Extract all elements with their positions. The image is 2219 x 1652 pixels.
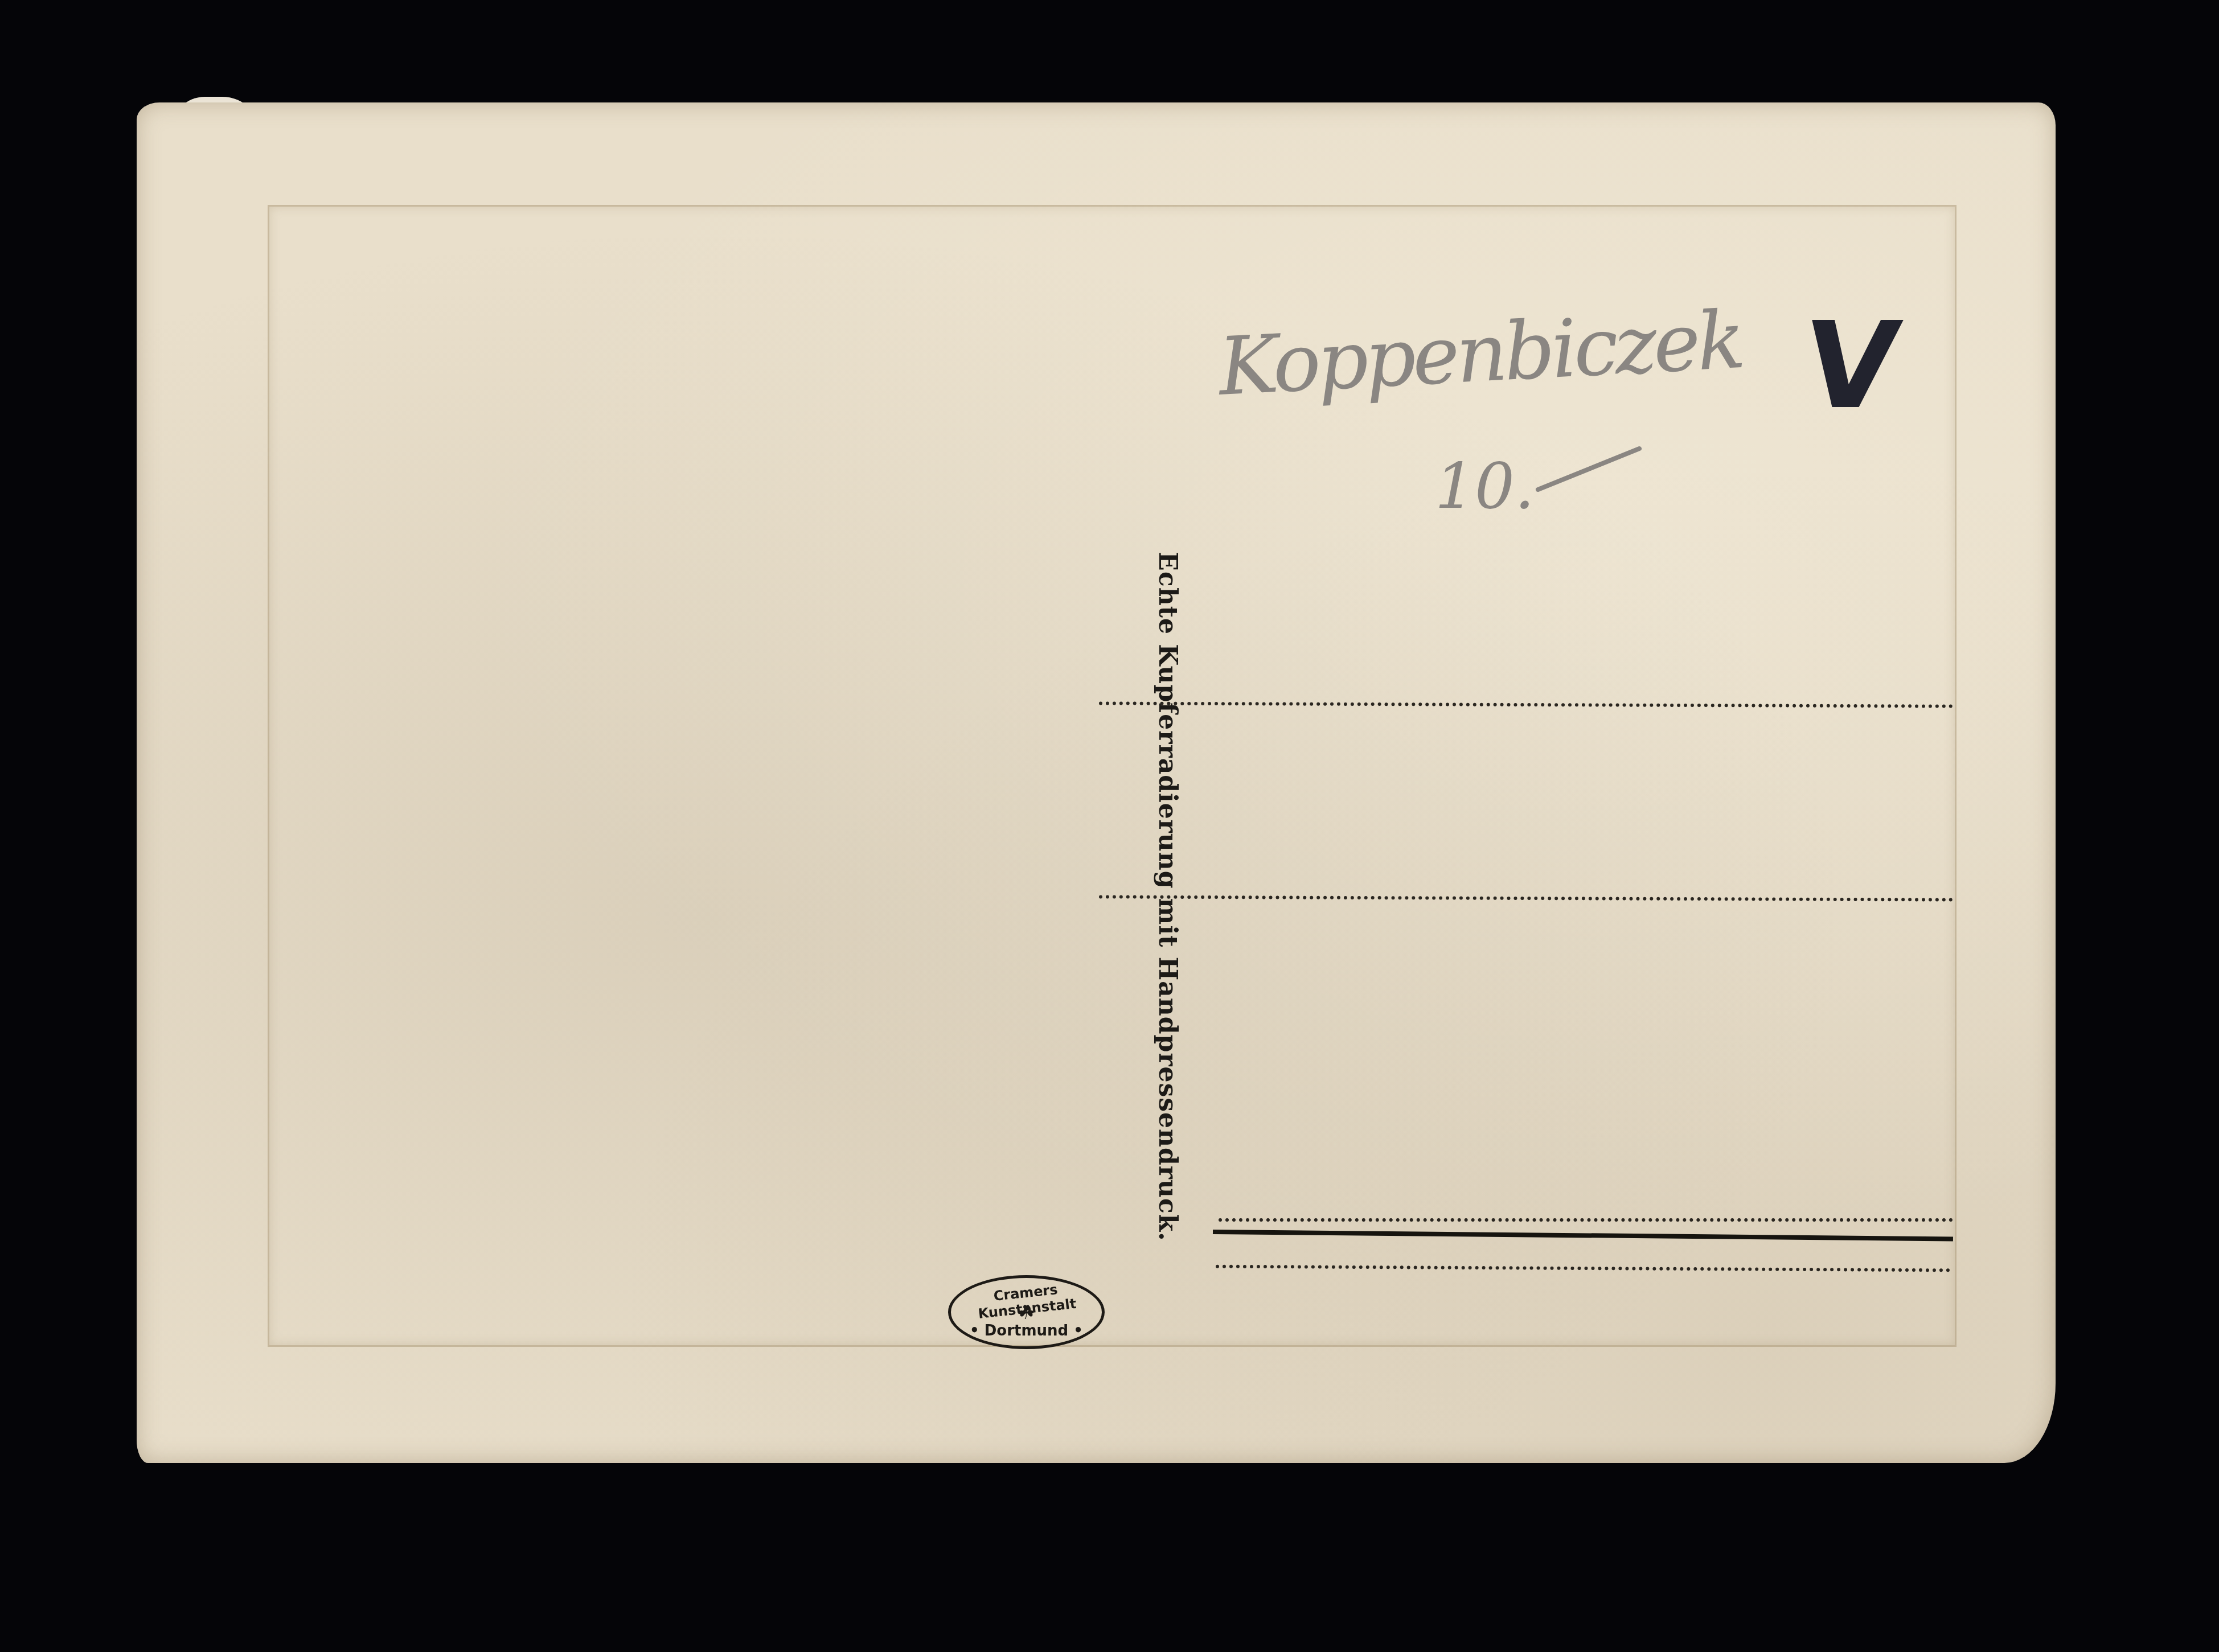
publisher-stamp: Cramers Kunstanstalt ☘ • Dortmund • bbox=[948, 1275, 1105, 1349]
handwritten-check-mark: V bbox=[1795, 296, 1908, 435]
stamp-bottom-text: • Dortmund • bbox=[951, 1322, 1102, 1339]
postcard: Echte Kupferradierung mit Handpressendru… bbox=[137, 102, 2056, 1463]
address-line-3 bbox=[1219, 1218, 1953, 1222]
handwritten-price: 10. bbox=[1435, 450, 1535, 523]
trefoil-logo-icon: ☘ bbox=[1018, 1303, 1035, 1322]
